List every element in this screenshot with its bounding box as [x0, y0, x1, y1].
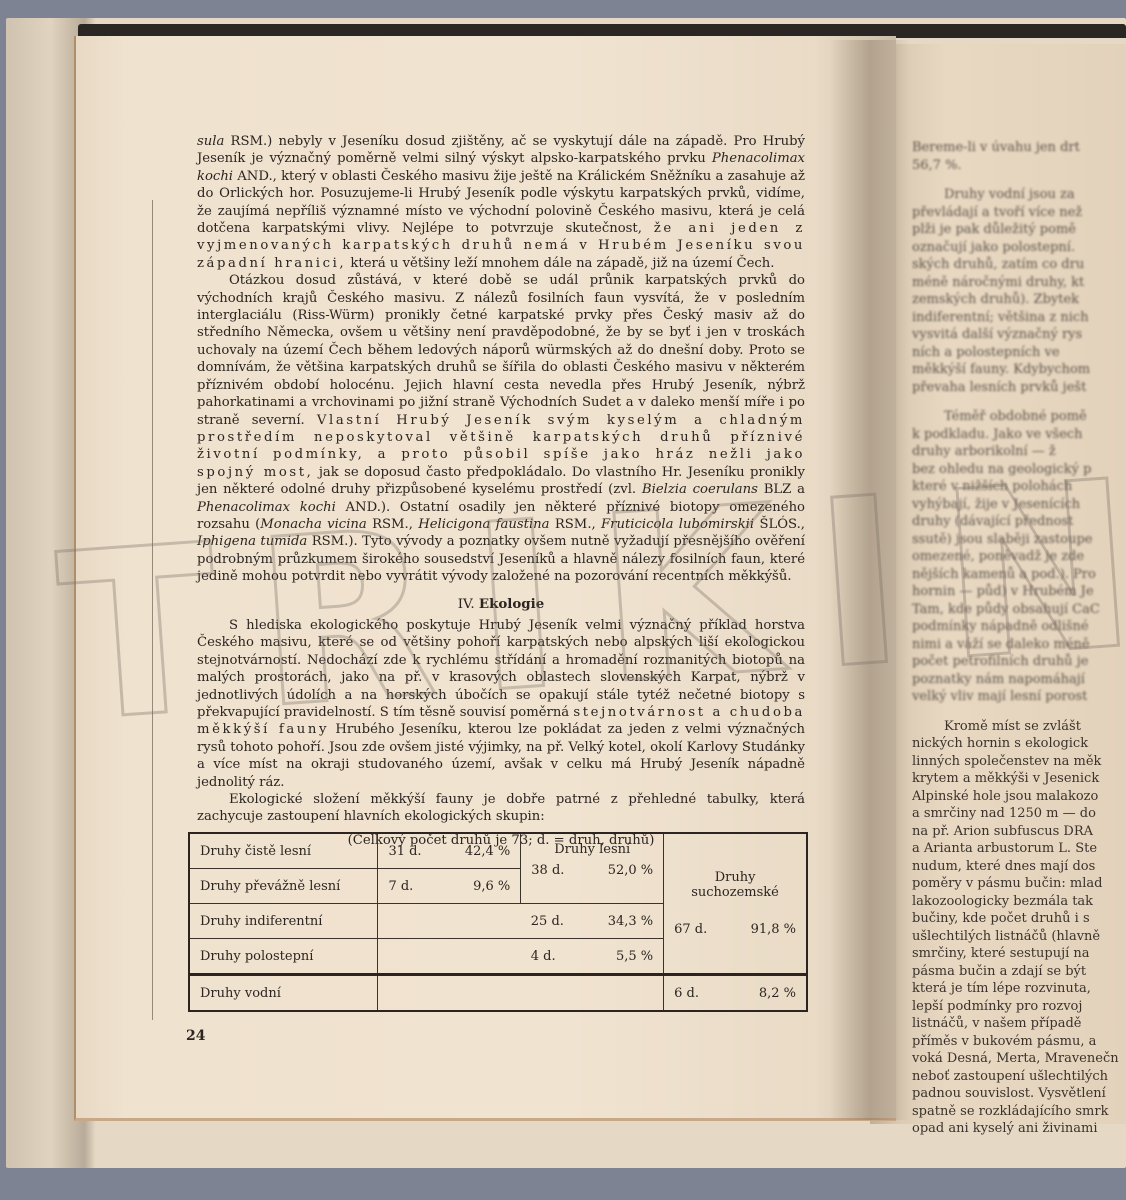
right-page-line: nějších kamenů a pod.). Pro — [912, 566, 1126, 584]
paragraph-2: Otázkou dosud zůstává, v které době se u… — [197, 272, 805, 585]
species-name: Monacha vicina — [260, 517, 366, 532]
right-page-line: indiferentní; většina z nich — [912, 309, 1126, 327]
right-page-line: druhy (dávající přednost — [912, 513, 1126, 531]
row-label: Druhy čistě lesní — [189, 833, 378, 869]
right-page-line: Téměř obdobné pomě — [912, 408, 1126, 426]
right-page-line: příměs v bukovém pásmu, a — [912, 1033, 1126, 1051]
right-page-line: hornin — půd) v Hrubém Je — [912, 583, 1126, 601]
group-label: Druhy — [674, 870, 796, 885]
table-row: Druhy čistě lesní 31 d.42,4 % Druhy lesn… — [189, 833, 807, 869]
section-heading: IV. Ekologie — [197, 596, 805, 613]
count: 67 d. — [674, 922, 707, 937]
percent: 52,0 % — [608, 863, 653, 878]
count: 25 d. — [531, 914, 564, 929]
text: která u většiny leží mnohem dále na zápa… — [346, 256, 774, 271]
right-page-line: označují jako polostepní. — [912, 239, 1126, 257]
group-label: suchozemské — [674, 885, 796, 900]
empty-cell — [378, 939, 521, 975]
species-name: Bielzia coerulans — [642, 482, 758, 497]
percent: 42,4 % — [465, 844, 510, 859]
row-label: Druhy polostepní — [189, 939, 378, 975]
right-page-line: k podkladu. Jako ve všech — [912, 426, 1126, 444]
right-page-line: měkkýší fauny. Kdybychom — [912, 361, 1126, 379]
paragraph-3: S hlediska ekologického poskytuje Hrubý … — [197, 617, 805, 791]
count: 7 d. — [388, 879, 413, 894]
right-page-line: Tam, kde půdy obsahují CaC — [912, 601, 1126, 619]
right-page-line: opad ani kyselý ani živinami — [912, 1120, 1126, 1138]
section-title: Ekologie — [479, 596, 544, 612]
section-number: IV. — [458, 597, 475, 612]
right-page-line: voká Desná, Merta, Mravenečn — [912, 1050, 1126, 1068]
text: Otázkou dosud zůstává, v které době se u… — [197, 273, 805, 427]
right-page-line: krytem a měkkýši v Jesenick — [912, 770, 1126, 788]
right-page-line — [912, 174, 1126, 186]
right-page-line: méně náročnými druhy, kt — [912, 274, 1126, 292]
species-name: sula — [197, 134, 224, 149]
right-page-line: ušlechtilých listnáčů (hlavně — [912, 928, 1126, 946]
right-page-line: podmínky nápadně odlišné — [912, 618, 1126, 636]
row-values: 4 d.5,5 % — [521, 939, 664, 975]
right-page-line: spatně se rozkládajícího smrk — [912, 1103, 1126, 1121]
right-page-line: vysvitá další význačný rys — [912, 326, 1126, 344]
right-page-line: počet petrofilních druhů je — [912, 653, 1126, 671]
row-label: Druhy vodní — [189, 975, 378, 1012]
right-page-line: neboť zastoupení ušlechtilých — [912, 1068, 1126, 1086]
right-page-line: bučiny, kde počet druhů i s — [912, 910, 1126, 928]
right-page-line: ských druhů, zatím co dru — [912, 256, 1126, 274]
left-page-text: sula RSM.) nebyly v Jeseníku dosud zjišt… — [197, 133, 805, 857]
right-page-line: velký vliv mají lesní porost — [912, 688, 1126, 706]
right-page-line: nudum, které dnes mají dos — [912, 858, 1126, 876]
right-page-line: Bereme-li v úvahu jen drt — [912, 139, 1126, 157]
species-name: Fruticicola lubomirskii — [601, 517, 754, 532]
row-values: 7 d.9,6 % — [378, 869, 521, 904]
text: BLZ a — [758, 482, 805, 497]
right-page-line: smrčiny, které sestupují na — [912, 945, 1126, 963]
row-label: Druhy indiferentní — [189, 904, 378, 939]
count: 38 d. — [531, 863, 564, 878]
row-label: Druhy převážně lesní — [189, 869, 378, 904]
right-page-line: nických hornin s ekologick — [912, 735, 1126, 753]
ecology-table: Druhy čistě lesní 31 d.42,4 % Druhy lesn… — [188, 832, 808, 1012]
right-page-line: linných společenstev na měk — [912, 753, 1126, 771]
empty-cell — [378, 904, 521, 939]
right-page-line: ssutě) jsou slaběji zastoupe — [912, 531, 1126, 549]
right-page-line: Alpinské hole jsou malakozo — [912, 788, 1126, 806]
row-values: 31 d.42,4 % — [378, 833, 521, 869]
count: 4 d. — [531, 949, 556, 964]
text: RSM., — [550, 517, 601, 532]
right-page-line: Druhy vodní jsou za — [912, 186, 1126, 204]
species-name: Iphigena tumida — [197, 534, 307, 549]
count: 31 d. — [388, 844, 421, 859]
right-page-line: pásma bučin a zdají se být — [912, 963, 1126, 981]
right-page-line: 56,7 %. — [912, 157, 1126, 175]
right-page-line: bez ohledu na geologický p — [912, 461, 1126, 479]
group-forest: Druhy lesní 38 d.52,0 % — [521, 833, 664, 904]
right-page-line: poznatky nám napomáhají — [912, 671, 1126, 689]
right-page-line: která je tím lépe rozvinuta, — [912, 980, 1126, 998]
right-page-line: převaha lesních prvků ješt — [912, 379, 1126, 397]
percent: 34,3 % — [608, 914, 653, 929]
right-page-line: lepší podmínky pro rozvoj — [912, 998, 1126, 1016]
right-page-line: a Arianta arbustorum L. Ste — [912, 840, 1126, 858]
percent: 9,6 % — [473, 879, 510, 894]
text: RSM., — [367, 517, 418, 532]
right-page-line: zemských druhů). Zbytek — [912, 291, 1126, 309]
right-page-line: lakozoologicky bezmála tak — [912, 893, 1126, 911]
right-page-line: listnáčů, v našem případě — [912, 1015, 1126, 1033]
book-gutter — [830, 40, 910, 1120]
paragraph-1: sula RSM.) nebyly v Jeseníku dosud zjišt… — [197, 133, 805, 272]
empty-cell — [378, 975, 664, 1012]
right-page-line — [912, 706, 1126, 718]
margin-line — [152, 200, 153, 1020]
table-row: Druhy vodní 6 d.8,2 % — [189, 975, 807, 1012]
percent: 8,2 % — [759, 986, 796, 1001]
group-terrestrial: Druhy suchozemské 67 d.91,8 % — [664, 833, 807, 975]
paragraph-4: Ekologické složení měkkýší fauny je dobř… — [197, 791, 805, 826]
right-page-line: poměry v pásmu bučin: mlad — [912, 875, 1126, 893]
right-page-line: nimi a váží se daleko méně — [912, 636, 1126, 654]
right-page-line: a smrčiny nad 1250 m — do — [912, 805, 1126, 823]
right-page-line: převládají a tvoří více než — [912, 204, 1126, 222]
group-label: Druhy lesní — [531, 842, 653, 857]
right-page-line: vyhýbají, žije v Jesenících — [912, 496, 1126, 514]
right-page-line: které v nižších polohách — [912, 478, 1126, 496]
count: 6 d. — [674, 986, 699, 1001]
percent: 5,5 % — [616, 949, 653, 964]
right-page-line — [912, 396, 1126, 408]
right-page-line: plži je pak důležitý pomě — [912, 221, 1126, 239]
species-name: Phenacolimax kochi — [197, 500, 336, 515]
right-page-line: druhy arborikolní — ž — [912, 443, 1126, 461]
row-values: 25 d.34,3 % — [521, 904, 664, 939]
page-number: 24 — [186, 1028, 205, 1044]
species-name: Helicigona faustina — [418, 517, 549, 532]
text: ŠLÓS., — [754, 517, 805, 532]
right-page-line: padnou souvislost. Vysvětlení — [912, 1085, 1126, 1103]
right-page-line: Kromě míst se zvlášt — [912, 718, 1126, 736]
row-values: 6 d.8,2 % — [664, 975, 807, 1012]
right-page-line: ních a polostepních ve — [912, 344, 1126, 362]
right-page-text: Bereme-li v úvahu jen drt56,7 %.Druhy vo… — [912, 139, 1126, 1138]
right-page-line: omezené, poněvadž je zde — [912, 548, 1126, 566]
percent: 91,8 % — [751, 922, 796, 937]
right-page-line: na př. Arion subfuscus DRA — [912, 823, 1126, 841]
